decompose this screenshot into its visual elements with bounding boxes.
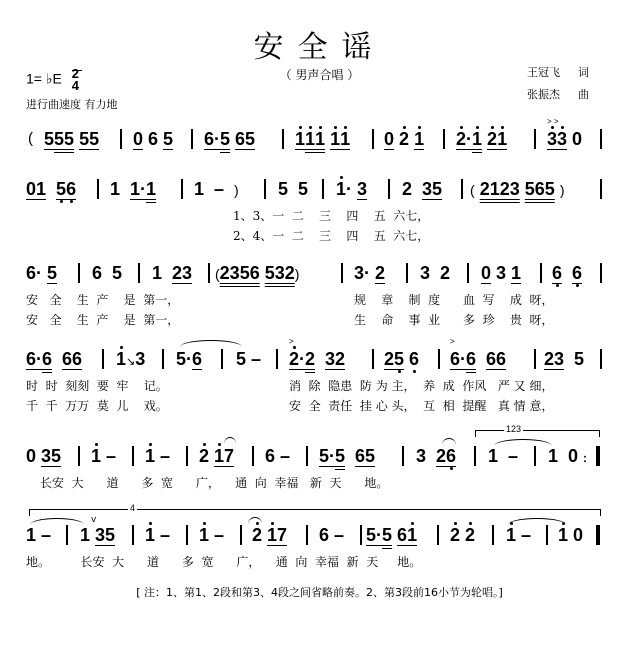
measure-6-1: 1 –: [26, 523, 51, 547]
measure-1-3: 6·5 65: [204, 127, 255, 151]
measure-3-3: 1 23: [152, 261, 192, 285]
barline: [138, 263, 140, 283]
barline: [474, 446, 476, 466]
barline: [181, 179, 183, 199]
barline: [78, 446, 80, 466]
measure-1-1: 555 55: [44, 127, 99, 151]
measure-3-6: 3 2: [420, 261, 450, 285]
slur: [180, 340, 242, 347]
measure-2-3: 1 – ): [194, 177, 239, 202]
measure-3-8: 6 6: [552, 261, 582, 285]
repeat-end-barline: [596, 446, 600, 466]
barline: [282, 129, 284, 149]
barline: [208, 263, 210, 283]
lyric-verse-1: 时 时 刻刻 要 牢 记。: [26, 377, 168, 394]
measure-3-4: (2356 532): [215, 261, 299, 286]
measure-5-3: 1 –: [145, 444, 170, 468]
measure-4-1: 6·6 66: [26, 347, 82, 371]
composer-name: 张振杰: [527, 84, 560, 106]
lyric-verse-3: 规 章 制 度 血 写 成 呀，: [354, 291, 554, 308]
barline: [276, 349, 278, 369]
accent-mark: >: [450, 337, 455, 346]
barline: [132, 446, 134, 466]
lyric-verse-3: 消 除 隐患 防 为 主， 养 成 作风 严 又 细，: [289, 377, 553, 394]
measure-3-2: 6 5: [92, 261, 122, 285]
barline: [132, 525, 134, 545]
measure-4-3: 5·6: [176, 347, 202, 371]
barline: [97, 179, 99, 199]
volta-label: 4: [128, 503, 137, 513]
volta-bracket-4: [29, 509, 601, 516]
accent-mark: > >: [547, 117, 559, 126]
barline: [360, 525, 362, 545]
measure-6-9: 1 –: [506, 523, 531, 547]
barline: [372, 349, 374, 369]
barline: [221, 349, 223, 369]
measure-2-5: 1· 3: [336, 177, 367, 201]
measure-4-2: 1↘3: [116, 347, 145, 374]
barline: [443, 129, 445, 149]
measure-1-5: 0 2 1: [384, 127, 424, 151]
lyric-verse-2: 千 千 万万 莫 儿 戏。: [26, 397, 168, 414]
measure-3-1: 6· 5: [26, 261, 57, 285]
staff-line-4: 6·6 66 1↘3 5·6 5 – > 2·2 32 25 6 > 6·6 6…: [0, 347, 639, 375]
measure-5-2: 1 –: [91, 444, 116, 468]
measure-4-8: 23 5: [544, 347, 584, 371]
barline: [600, 263, 602, 283]
time-denominator: 4: [72, 80, 79, 92]
measure-1-2: 0 6 5: [133, 127, 173, 151]
barline: [306, 446, 308, 466]
barline: [534, 349, 536, 369]
fermata-slur: [224, 437, 236, 444]
barline: [600, 179, 602, 199]
measure-4-4: 5 –: [236, 347, 261, 371]
staff-line-2: 01 56 1 1·1 1 – ) 5 5 1· 3 2 35 ( 2123 5…: [0, 177, 639, 205]
measure-5-8: 1 –: [488, 444, 518, 468]
barline: [252, 446, 254, 466]
composer-role: 曲: [578, 84, 589, 106]
measure-5-7: 3 26: [416, 444, 456, 468]
measure-5-9: 1 0 :: [548, 444, 587, 470]
key-label: 1= ♭E: [26, 71, 62, 87]
barline: [162, 349, 164, 369]
barline: [461, 179, 463, 199]
accent-mark: >: [289, 337, 294, 346]
lyrics-block-6: 地。 长安 大 道 多 宽 广， 通 向 幸福 新 天 地。: [0, 0, 639, 28]
staff-line-5: 0 35 1 – 1 – 2 17 6 – 5·5 65 3 26 1 – 1 …: [0, 444, 639, 472]
barline: [186, 446, 188, 466]
measure-6-4: 1 –: [199, 523, 224, 547]
barline: [546, 525, 548, 545]
barline: [600, 129, 602, 149]
lyric-line: 地。 长安 大 道 多 宽 广， 通 向 幸福 新 天 地。: [26, 553, 421, 570]
time-signature: 2 4: [72, 68, 79, 92]
measure-6-7: 5·5 61: [366, 523, 417, 547]
measure-6-2: 1 35: [80, 523, 115, 547]
measure-2-6: 2 35: [402, 177, 442, 201]
measure-4-7: 6·6 66: [450, 347, 506, 371]
barline: [191, 129, 193, 149]
barline: [388, 179, 390, 199]
barline: [322, 179, 324, 199]
measure-4-6: 25 6: [384, 347, 419, 371]
final-barline: [596, 525, 600, 545]
staff-line-6: 1 – 1 35 1 – 1 – 2 17 6 – 5·5 61 2 2 1 –…: [0, 523, 639, 551]
barline: [437, 525, 439, 545]
measure-6-10: 1 0: [558, 523, 583, 547]
barline: [372, 129, 374, 149]
barline: [438, 349, 440, 369]
key-signature: 1= ♭E 2 4: [26, 68, 79, 92]
barline: [402, 446, 404, 466]
measure-1-6: 2·1 21: [456, 127, 507, 151]
barline: [306, 525, 308, 545]
barline: [66, 525, 68, 545]
barline: [600, 349, 602, 369]
volta-label: 123: [504, 424, 523, 434]
measure-5-5: 6 –: [265, 444, 290, 468]
open-paren: (: [28, 127, 33, 151]
measure-3-5: 3· 2: [354, 261, 385, 285]
barline: [534, 446, 536, 466]
staff-line-3: 6· 5 6 5 1 23 (2356 532) 3· 2 3 2 0 3 1 …: [0, 261, 639, 289]
measure-1-7: 33 0: [547, 127, 582, 151]
measure-6-5: 2 17: [252, 523, 287, 547]
barline: [492, 525, 494, 545]
volta-bracket-123: [475, 430, 600, 437]
barline: [406, 263, 408, 283]
lyric-line: 长安 大 道 多 宽 广， 通 向 幸福 新 天 地。: [40, 474, 388, 491]
measure-6-6: 6 –: [319, 523, 344, 547]
measure-5-6: 5·5 65: [319, 444, 375, 468]
barline: [341, 263, 343, 283]
measure-6-8: 2 2: [450, 523, 475, 547]
barline: [102, 349, 104, 369]
measure-2-2: 1 1·1: [110, 177, 156, 201]
staff-line-1: ( 555 55 0 6 5 6·5 65 111 11 0 2 1 2·1 2…: [0, 127, 639, 155]
barline: [186, 525, 188, 545]
barline: [467, 263, 469, 283]
tempo-marking: 进行曲速度 有力地: [26, 96, 118, 112]
lyric-verse-2-4: 2、4、一 二 三 四 五 六七，: [233, 227, 429, 244]
measure-2-1: 01 56: [26, 177, 76, 201]
measure-2-7: ( 2123 565 ): [470, 177, 564, 202]
measure-5-1: 0 35: [26, 444, 61, 468]
lyric-verse-1: 安 全 生 产 是 第一，: [26, 291, 179, 308]
measure-4-5: 2·2 32: [289, 347, 345, 371]
lyric-verse-2: 安 全 生 产 是 第一，: [26, 311, 179, 328]
barline: [120, 129, 122, 149]
barline: [78, 263, 80, 283]
lyric-verse-4: 生 命 事 业 多 珍 贵 呀，: [354, 311, 554, 328]
barline: [540, 263, 542, 283]
composer-credit: 张振杰曲: [527, 84, 589, 106]
lyric-verse-1-3: 1、3、一 二 三 四 五 六七，: [233, 207, 429, 224]
measure-1-4: 111 11: [295, 127, 350, 151]
footnote: [ 注：1、第1、2段和第3、4段之间省略前奏。2、第3段前16小节为轮唱。]: [0, 584, 639, 600]
barline: [534, 129, 536, 149]
measure-6-3: 1 –: [145, 523, 170, 547]
lyric-verse-4: 安 全 责任 挂 心 头， 互 相 提醒 真 情 意，: [289, 397, 553, 414]
barline: [240, 525, 242, 545]
barline: [264, 179, 266, 199]
measure-3-7: 0 3 1: [481, 261, 521, 285]
measure-2-4: 5 5: [278, 177, 308, 201]
measure-5-4: 2 17: [199, 444, 234, 468]
